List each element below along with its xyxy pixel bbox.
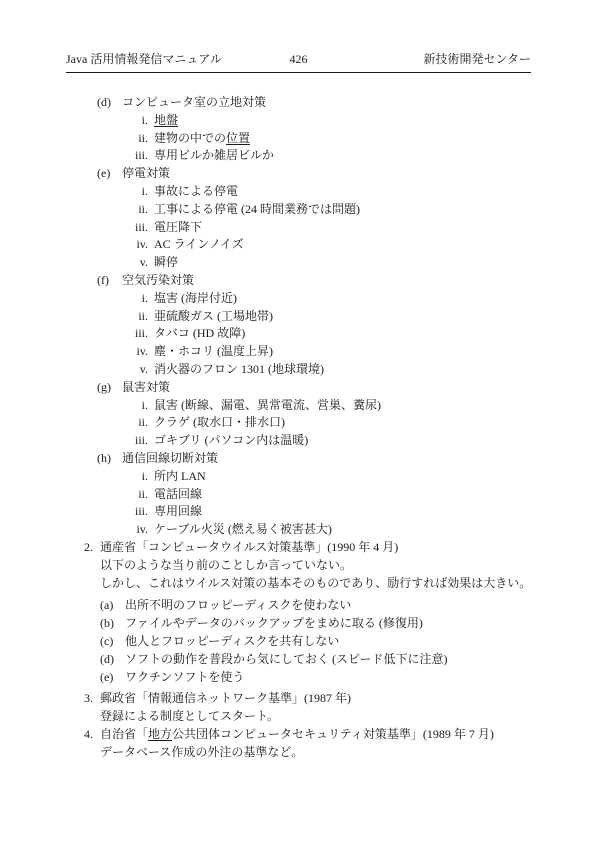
roman-numeral: ii. <box>97 486 154 504</box>
outline-item-text: 電話回線 <box>154 486 202 504</box>
roman-numeral: ii. <box>97 414 154 432</box>
outline-item-text: ケーブル火災 (燃え易く被害甚大) <box>154 521 332 539</box>
sub-item-text: 出所不明のフロッピーディスクを使わない <box>125 597 351 615</box>
numbered-title: 自治省「地方公共団体コンピュータセキュリティ対策基準」(1989 年 7 月) <box>100 726 595 744</box>
roman-numeral: v. <box>97 361 154 379</box>
outline-label: (f) <box>97 272 122 290</box>
outline-label: (h) <box>97 450 122 468</box>
outline-item: iii. タバコ (HD 故障) <box>97 325 595 343</box>
outline-label: (g) <box>97 379 122 397</box>
outline-title: コンピュータ室の立地対策 <box>122 94 266 112</box>
outline-item: iii. 専用ビルか雑居ビルか <box>97 147 595 165</box>
outline-item: iii. 専用回線 <box>97 503 595 521</box>
item-number: 4. <box>84 726 100 744</box>
document-page: Java 活用情報発信マニュアル 426 新技術開発センター (d) コンピュー… <box>0 0 595 841</box>
sub-item-text: 他人とフロッピーディスクを共有しない <box>125 633 339 651</box>
outline-item: iv. ケーブル火災 (燃え易く被害甚大) <box>97 521 595 539</box>
outline-label: (e) <box>97 165 122 183</box>
outline-section-e: (e) 停電対策 i. 事故による停電 ii. 工事による停電 (24 時間業務… <box>97 165 595 272</box>
roman-numeral: iii. <box>97 325 154 343</box>
roman-numeral: iii. <box>97 432 154 450</box>
page-header: Java 活用情報発信マニュアル 426 新技術開発センター <box>66 50 531 73</box>
outline-item: i. 所内 LAN <box>97 468 595 486</box>
numbered-section-4: 4. 自治省「地方公共団体コンピュータセキュリティ対策基準」(1989 年 7 … <box>84 726 595 744</box>
roman-numeral: ii. <box>97 201 154 219</box>
roman-numeral: v. <box>97 254 154 272</box>
outline-item-text: 塩害 (海岸付近) <box>154 290 237 308</box>
outline-heading: (d) コンピュータ室の立地対策 <box>97 94 595 112</box>
sub-item-text: ソフトの動作を普段から気にしておく (スピード低下に注意) <box>125 651 448 669</box>
outline-item-text: ゴキブリ (パソコン内は温暖) <box>154 432 308 450</box>
outline-section-g: (g) 鼠害対策 i. 鼠害 (断線、漏電、異常電流、営巣、糞尿) ii. クラ… <box>97 379 595 450</box>
outline-item: ii. クラゲ (取水口・排水口) <box>97 414 595 432</box>
roman-numeral: iv. <box>97 236 154 254</box>
sub-item-label: (d) <box>100 651 125 669</box>
outline-item: v. 瞬停 <box>97 254 595 272</box>
numbered-heading: 3. 郵政省「情報通信ネットワーク基準」(1987 年) <box>84 690 595 708</box>
roman-numeral: i. <box>97 290 154 308</box>
roman-numeral: iii. <box>97 147 154 165</box>
outline-item-text: 電圧降下 <box>154 219 202 237</box>
sub-list: (a) 出所不明のフロッピーディスクを使わない (b) ファイルやデータのバック… <box>100 597 595 686</box>
outline-item-text: 鼠害 (断線、漏電、異常電流、営巣、糞尿) <box>154 397 381 415</box>
sub-item-label: (a) <box>100 597 125 615</box>
sub-item: (b) ファイルやデータのバックアップをまめに取る (修復用) <box>100 615 595 633</box>
outline-item-text: クラゲ (取水口・排水口) <box>154 414 285 432</box>
sub-item-label: (b) <box>100 615 125 633</box>
outline-title: 空気汚染対策 <box>122 272 194 290</box>
outline-item-text: 消火器のフロン 1301 (地球環境) <box>154 361 324 379</box>
outline-section-d: (d) コンピュータ室の立地対策 i. 地盤 ii. 建物の中での位置 iii.… <box>97 94 595 165</box>
outline-item-text: タバコ (HD 故障) <box>154 325 245 343</box>
outline-item-text: 瞬停 <box>154 254 178 272</box>
roman-numeral: ii. <box>97 308 154 326</box>
sub-item-text: ワクチンソフトを使う <box>125 669 244 687</box>
outline-section-h: (h) 通信回線切断対策 i. 所内 LAN ii. 電話回線 iii. 専用回… <box>97 450 595 539</box>
roman-numeral: i. <box>97 112 154 130</box>
roman-numeral: i. <box>97 397 154 415</box>
outline-item-text: 所内 LAN <box>154 468 206 486</box>
outline-item-text: 建物の中での位置 <box>154 130 250 148</box>
outline-item: i. 鼠害 (断線、漏電、異常電流、営巣、糞尿) <box>97 397 595 415</box>
outline-item: ii. 建物の中での位置 <box>97 130 595 148</box>
outline-item-text: 専用回線 <box>154 503 202 521</box>
outline-item: i. 事故による停電 <box>97 183 595 201</box>
outline-heading: (h) 通信回線切断対策 <box>97 450 595 468</box>
paragraph-line: 登録による制度としてスタート。 <box>100 708 595 726</box>
outline-item-text: 専用ビルか雑居ビルか <box>154 147 274 165</box>
numbered-title: 通産省「コンピュータウイルス対策基準」(1990 年 4 月) <box>100 539 595 557</box>
outline-heading: (g) 鼠害対策 <box>97 379 595 397</box>
sub-item: (e) ワクチンソフトを使う <box>100 669 595 687</box>
outline-item: i. 塩害 (海岸付近) <box>97 290 595 308</box>
sub-item: (c) 他人とフロッピーディスクを共有しない <box>100 633 595 651</box>
page-body: (d) コンピュータ室の立地対策 i. 地盤 ii. 建物の中での位置 iii.… <box>0 94 595 761</box>
roman-numeral: iii. <box>97 219 154 237</box>
sub-item-label: (c) <box>100 633 125 651</box>
outline-item: iv. 塵・ホコリ (温度上昇) <box>97 343 595 361</box>
paragraph-line: しかし、これはウイルス対策の基本そのものであり、励行すれば効果は大きい。 <box>100 575 595 593</box>
outline-label: (d) <box>97 94 122 112</box>
outline-heading: (f) 空気汚染対策 <box>97 272 595 290</box>
outline-item: ii. 工事による停電 (24 時間業務では問題) <box>97 201 595 219</box>
outline-title: 鼠害対策 <box>122 379 170 397</box>
numbered-section-2: 2. 通産省「コンピュータウイルス対策基準」(1990 年 4 月) <box>84 539 595 557</box>
sub-item: (d) ソフトの動作を普段から気にしておく (スピード低下に注意) <box>100 651 595 669</box>
roman-numeral: ii. <box>97 130 154 148</box>
outline-item-text: 事故による停電 <box>154 183 238 201</box>
outline-item: ii. 電話回線 <box>97 486 595 504</box>
outline-item: ii. 亜硫酸ガス (工場地帯) <box>97 308 595 326</box>
paragraph-line: データベース作成の外注の基準など。 <box>100 744 595 762</box>
outline-title: 停電対策 <box>122 165 170 183</box>
numbered-heading: 4. 自治省「地方公共団体コンピュータセキュリティ対策基準」(1989 年 7 … <box>84 726 595 744</box>
header-right-title: 新技術開発センター <box>308 50 532 67</box>
outline-item-text: 地盤 <box>154 112 178 130</box>
sub-item: (a) 出所不明のフロッピーディスクを使わない <box>100 597 595 615</box>
outline-item-text: 塵・ホコリ (温度上昇) <box>154 343 273 361</box>
outline-section-f: (f) 空気汚染対策 i. 塩害 (海岸付近) ii. 亜硫酸ガス (工場地帯)… <box>97 272 595 379</box>
sub-item-label: (e) <box>100 669 125 687</box>
numbered-section-3: 3. 郵政省「情報通信ネットワーク基準」(1987 年) <box>84 690 595 708</box>
outline-heading: (e) 停電対策 <box>97 165 595 183</box>
paragraph-line: 以下のような当り前のことしか言っていない。 <box>100 557 595 575</box>
outline-item-text: AC ラインノイズ <box>154 236 244 254</box>
sub-item-text: ファイルやデータのバックアップをまめに取る (修復用) <box>125 615 423 633</box>
outline-item: iii. ゴキブリ (パソコン内は温暖) <box>97 432 595 450</box>
outline-item-text: 工事による停電 (24 時間業務では問題) <box>154 201 360 219</box>
numbered-title: 郵政省「情報通信ネットワーク基準」(1987 年) <box>100 690 595 708</box>
outline-item: i. 地盤 <box>97 112 595 130</box>
outline-title: 通信回線切断対策 <box>122 450 218 468</box>
roman-numeral: i. <box>97 468 154 486</box>
outline-item: v. 消火器のフロン 1301 (地球環境) <box>97 361 595 379</box>
item-number: 3. <box>84 690 100 708</box>
header-left-title: Java 活用情報発信マニュアル <box>66 50 290 67</box>
roman-numeral: iv. <box>97 343 154 361</box>
numbered-heading: 2. 通産省「コンピュータウイルス対策基準」(1990 年 4 月) <box>84 539 595 557</box>
outline-item-text: 亜硫酸ガス (工場地帯) <box>154 308 273 326</box>
roman-numeral: iii. <box>97 503 154 521</box>
item-number: 2. <box>84 539 100 557</box>
roman-numeral: iv. <box>97 521 154 539</box>
outline-item: iii. 電圧降下 <box>97 219 595 237</box>
roman-numeral: i. <box>97 183 154 201</box>
page-number: 426 <box>290 52 308 67</box>
outline-item: iv. AC ラインノイズ <box>97 236 595 254</box>
